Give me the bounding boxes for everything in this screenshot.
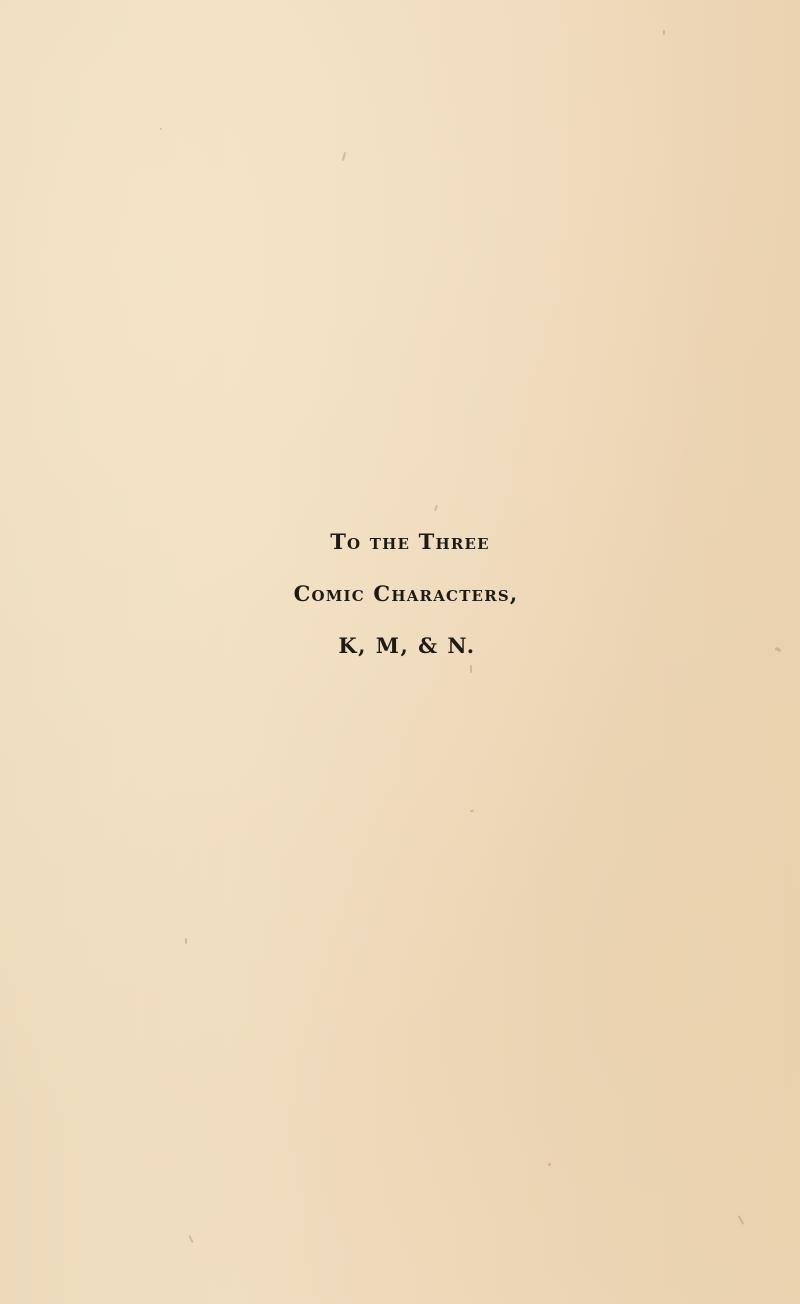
paper-fiber — [663, 30, 665, 35]
paper-fiber — [342, 152, 346, 161]
paper-fiber — [548, 1163, 551, 1166]
book-page: To the Three Comic Characters, K, M, & N… — [0, 0, 800, 1304]
paper-fiber — [434, 505, 438, 511]
dedication-line-1: To the Three — [0, 530, 800, 554]
dedication: To the Three Comic Characters, K, M, & N… — [0, 530, 800, 658]
paper-fiber — [470, 809, 474, 812]
paper-fiber — [470, 665, 472, 673]
paper-fiber — [188, 1235, 193, 1243]
paper-fiber — [738, 1215, 745, 1225]
paper-fiber — [185, 938, 187, 944]
dedication-line-2: Comic Characters, — [0, 582, 800, 606]
dedication-line-3: K, M, & N. — [0, 634, 800, 658]
paper-fiber — [160, 128, 162, 130]
